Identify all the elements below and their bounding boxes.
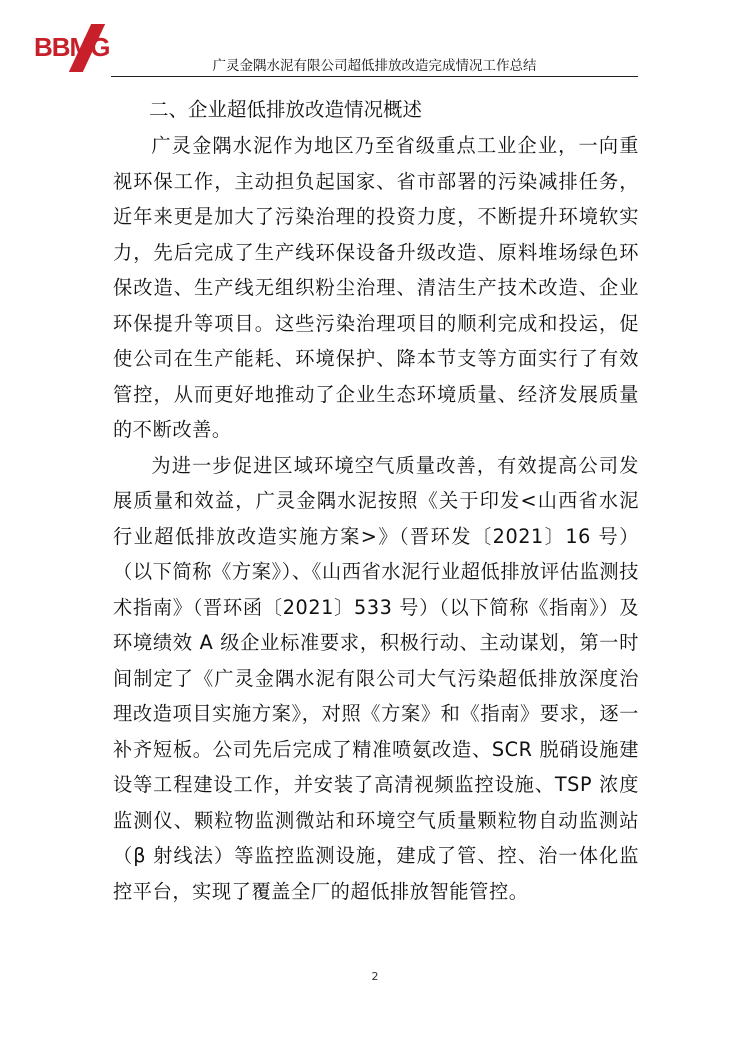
- paragraph-2: 为进一步促进区域环境空气质量改善，有效提高公司发展质量和效益，广灵金隅水泥按照《…: [113, 448, 639, 910]
- paragraph-1: 广灵金隅水泥作为地区乃至省级重点工业企业，一向重视环保工作，主动担负起国家、省市…: [113, 128, 639, 448]
- section-heading: 二、企业超低排放改造情况概述: [113, 92, 639, 128]
- logo-text: BBMG: [34, 32, 109, 63]
- page-number: 2: [0, 970, 750, 983]
- document-header-title: 广灵金隅水泥有限公司超低排放改造完成情况工作总结: [111, 54, 638, 74]
- header-divider: [111, 76, 638, 77]
- page-body: 二、企业超低排放改造情况概述 广灵金隅水泥作为地区乃至省级重点工业企业，一向重视…: [113, 92, 639, 909]
